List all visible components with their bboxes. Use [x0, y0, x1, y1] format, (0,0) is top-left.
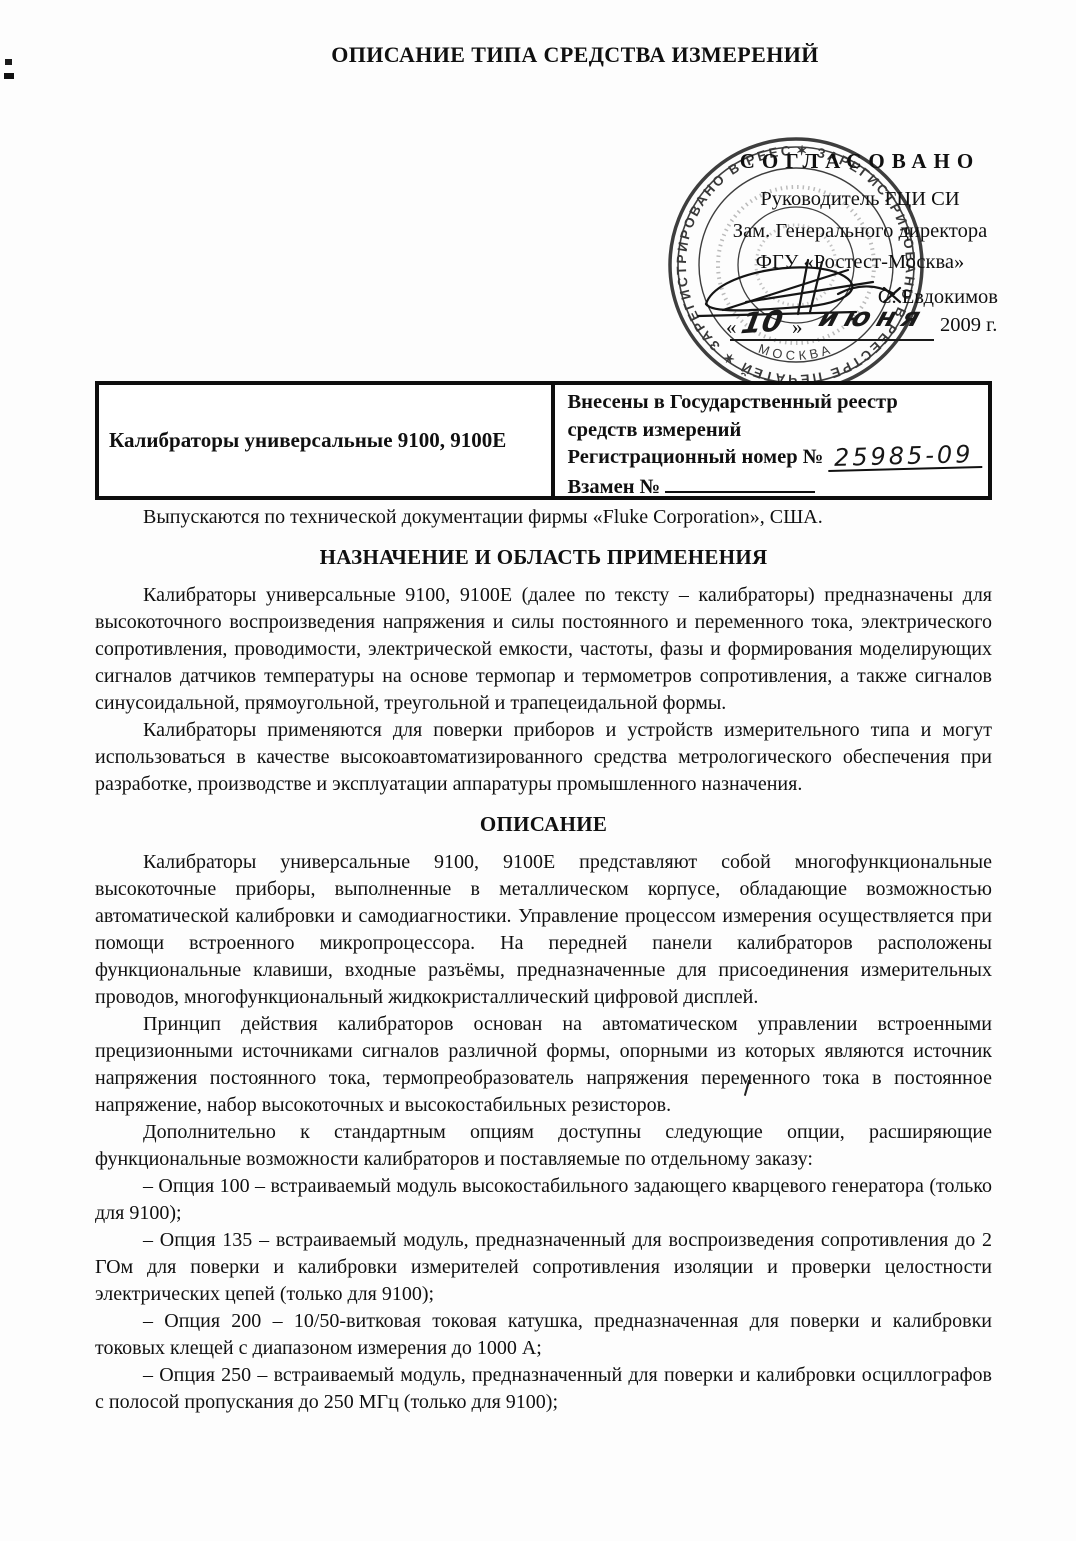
instrument-name-cell: Калибраторы универсальные 9100, 9100Е — [99, 385, 555, 496]
section-heading-description: ОПИСАНИЕ — [95, 811, 992, 838]
scan-artifact-mark — [5, 59, 12, 65]
option-item: – Опция 135 – встраиваемый модуль, предн… — [95, 1227, 992, 1308]
registry-entry-line2: средств измерений — [567, 417, 982, 445]
quote-open: « — [726, 315, 737, 340]
option-item: – Опция 200 – 10/50-витковая токовая кат… — [95, 1308, 992, 1362]
handwritten-day: 10 — [739, 304, 786, 341]
instrument-name: Калибраторы универсальные 9100, 9100Е — [109, 428, 506, 453]
paragraph: Принцип действия калибраторов основан на… — [95, 1011, 992, 1119]
agreed-label: СОГЛАСОВАНО — [712, 149, 1008, 174]
registry-entry-cell: Внесены в Государственный реестр средств… — [555, 385, 988, 496]
year-label: 2009 г. — [940, 314, 997, 337]
option-item: – Опция 250 – встраиваемый модуль, предн… — [95, 1362, 992, 1416]
registration-number-value: 25985-09 — [828, 443, 982, 472]
approver-role-1: Руководитель ГЦИ СИ — [712, 184, 1008, 216]
issued-line: Выпускаются по технической документации … — [95, 504, 992, 531]
quote-close: » — [792, 315, 803, 340]
scan-artifact-mark — [4, 73, 14, 79]
paragraph: Калибраторы универсальные 9100, 9100Е пр… — [95, 849, 992, 1011]
date-underline — [730, 339, 934, 341]
approval-date: « 10 » июня 2009 г. — [726, 309, 1066, 351]
paragraph: Калибраторы универсальные 9100, 9100Е (д… — [95, 582, 992, 717]
registration-number-label: Регистрационный номер № — [567, 446, 823, 468]
paragraph: Дополнительно к стандартным опциям досту… — [95, 1119, 992, 1173]
replaces-blank-field — [665, 472, 815, 493]
document-body: Выпускаются по технической документации … — [95, 504, 992, 1416]
replaces-row: Взамен № — [567, 472, 982, 502]
handwritten-month: июня — [815, 303, 931, 333]
registration-number-row: Регистрационный номер № 25985-09 — [567, 444, 982, 472]
registry-entry-line1: Внесены в Государственный реестр — [567, 389, 982, 417]
section-heading-purpose: НАЗНАЧЕНИЕ И ОБЛАСТЬ ПРИМЕНЕНИЯ — [95, 544, 992, 571]
registry-table: Калибраторы универсальные 9100, 9100Е Вн… — [95, 381, 992, 500]
scanned-document-page: { "document": { "title": "ОПИСАНИЕ ТИПА … — [0, 0, 1076, 1541]
page-title: ОПИСАНИЕ ТИПА СРЕДСТВА ИЗМЕРЕНИЙ — [80, 42, 1070, 68]
paragraph: Калибраторы применяются для поверки приб… — [95, 717, 992, 798]
approver-role-2: Зам. Генерального директора — [712, 216, 1008, 248]
replaces-label: Взамен № — [567, 476, 660, 498]
option-item: – Опция 100 – встраиваемый модуль высоко… — [95, 1173, 992, 1227]
